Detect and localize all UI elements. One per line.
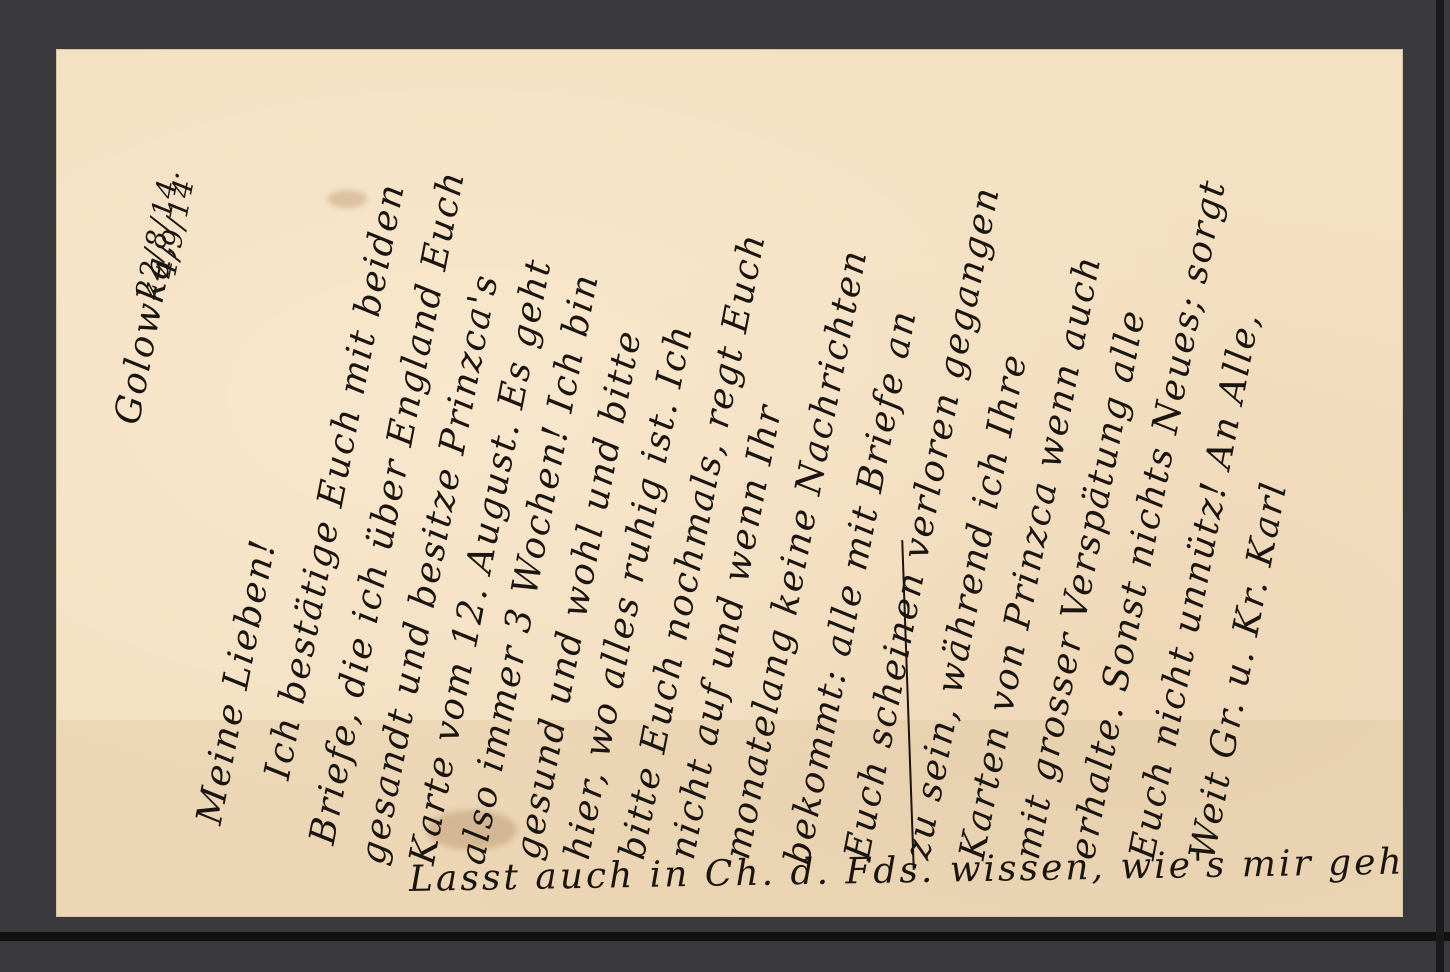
postcard: Golowka, 22/8/14. 4/9/14 Meine Lieben! I… — [57, 50, 1402, 916]
mount-shadow-line — [0, 932, 1450, 941]
handwritten-body: Golowka, 22/8/14. 4/9/14 Meine Lieben! I… — [57, 50, 1402, 916]
letter-line: Meine Lieben! — [189, 535, 285, 828]
mount-shadow-line-vertical — [1436, 0, 1444, 972]
